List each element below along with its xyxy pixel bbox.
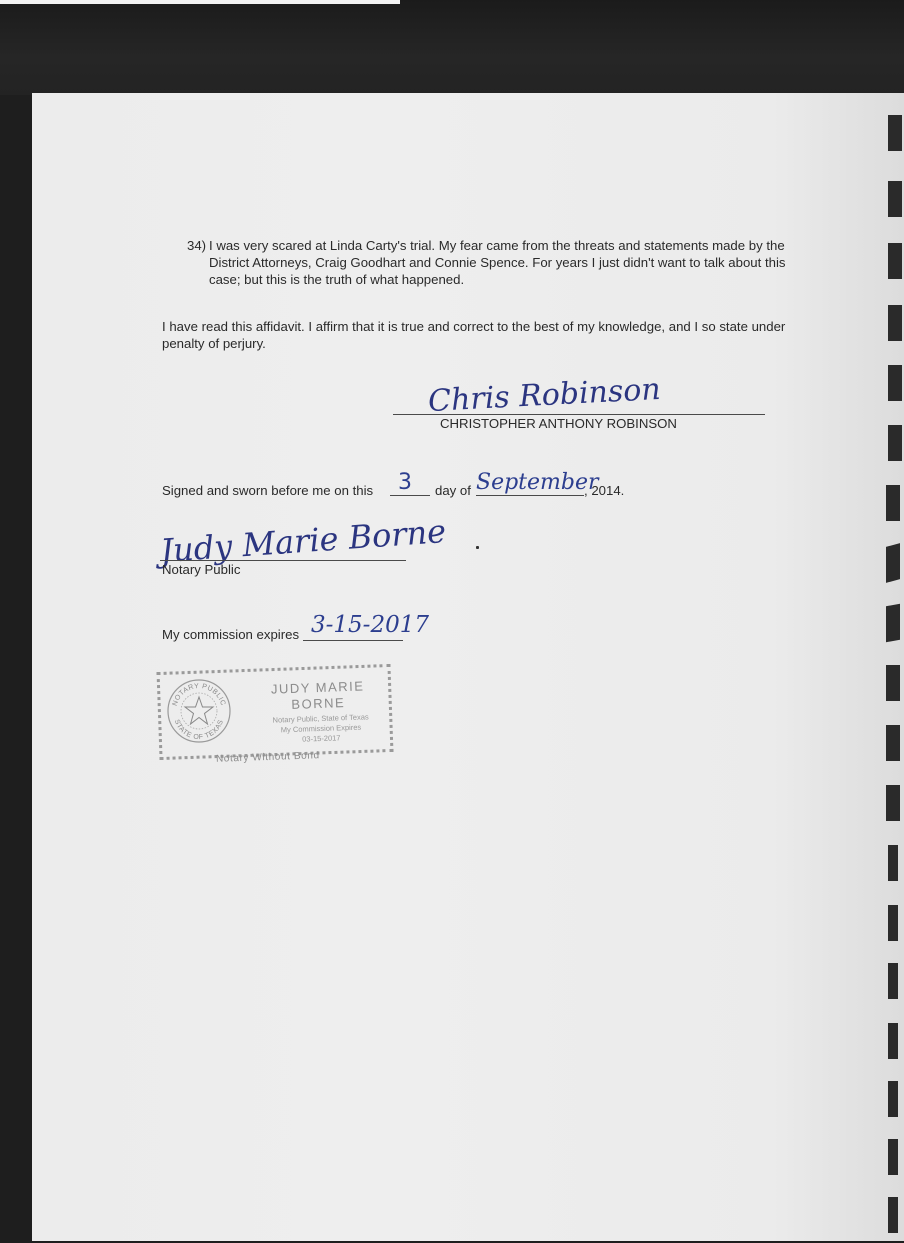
- notary-seal-icon: NOTARY PUBLIC STATE OF TEXAS: [166, 678, 232, 744]
- notary-stamp: NOTARY PUBLIC STATE OF TEXAS JUDY MARIE …: [158, 668, 398, 768]
- item-text: I was very scared at Linda Carty's trial…: [209, 237, 809, 288]
- jurat-day-of: day of: [435, 482, 471, 499]
- scanner-background-top: [0, 0, 904, 95]
- month-blank-line: [476, 495, 584, 496]
- jurat-month-handwritten: September: [476, 470, 599, 495]
- item-number: 34): [187, 237, 206, 254]
- notary-label: Notary Public: [162, 561, 240, 578]
- affiant-printed-name: CHRISTOPHER ANTHONY ROBINSON: [440, 415, 677, 432]
- stamp-notary-name: JUDY MARIE BORNE: [247, 678, 388, 715]
- commission-label: My commission expires: [162, 626, 299, 643]
- scan-edge: [0, 0, 400, 4]
- jurat-day-handwritten: 3: [398, 470, 412, 495]
- stamp-details: Notary Public, State of Texas My Commiss…: [246, 711, 397, 746]
- day-blank-line: [390, 495, 430, 496]
- stamp-footer: Notary Without Bond: [216, 750, 320, 765]
- jurat-prefix: Signed and sworn before me on this: [162, 482, 373, 499]
- binding-holes: [880, 93, 904, 1241]
- commission-blank-line: [303, 640, 403, 641]
- svg-text:STATE OF TEXAS: STATE OF TEXAS: [173, 719, 225, 741]
- scan-speck: [476, 546, 479, 549]
- affirmation-statement: I have read this affidavit. I affirm tha…: [162, 318, 802, 352]
- jurat-year: , 2014.: [584, 482, 624, 499]
- commission-date-handwritten: 3-15-2017: [311, 612, 429, 638]
